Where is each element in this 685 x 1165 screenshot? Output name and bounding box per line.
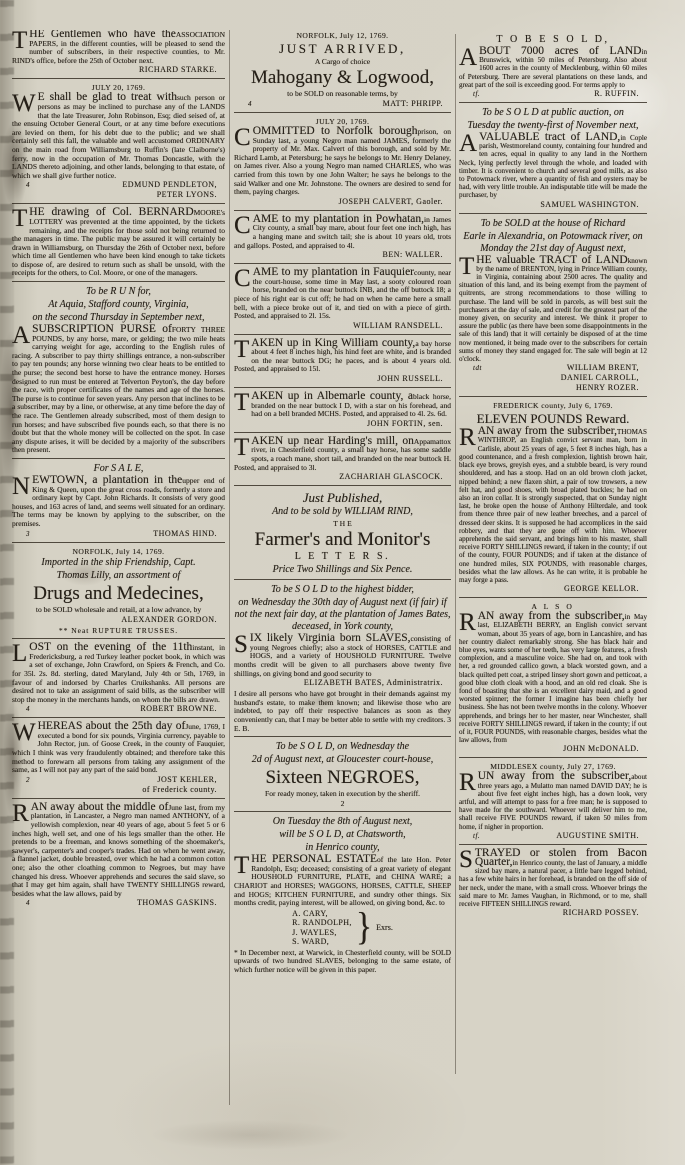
signature-text: EDMUND PENDLETON, bbox=[122, 180, 217, 189]
article-divider bbox=[12, 78, 225, 79]
article-dropcap: W bbox=[12, 93, 38, 113]
signature-text: AUGUSTINE SMITH. bbox=[556, 831, 639, 840]
article-divider bbox=[234, 736, 451, 737]
signature-text: DANIEL CARROLL, bbox=[561, 373, 639, 382]
article-headline: Farmer's and Monitor's bbox=[234, 529, 451, 550]
article-body: CAME to my plantation in Powhatan,in Jam… bbox=[234, 215, 451, 250]
article-dropcap: T bbox=[234, 437, 251, 457]
article-dateline: NORFOLK, July 14, 1769. bbox=[12, 547, 225, 556]
article-body: RAN away about the middle ofJune last, f… bbox=[12, 803, 225, 899]
article: To be S O L D at public auction, onTuesd… bbox=[459, 107, 647, 210]
article: On Tuesday the 8th of August next,will b… bbox=[234, 816, 451, 974]
article-text: June last, from my plantation, in Lancas… bbox=[12, 803, 225, 898]
article-dropcap: N bbox=[12, 476, 32, 496]
signature-line: tf.R. RUFFIN. bbox=[459, 89, 647, 99]
article-text: instant, in Fredericksburg, a red Turkey… bbox=[12, 643, 225, 704]
signature-line: GEORGE KELLOR. bbox=[459, 584, 647, 594]
article-divider bbox=[234, 210, 451, 211]
article-postscript: I desire all persons who have got brough… bbox=[234, 690, 451, 733]
article-headline: 2d of August next, at Gloucester court-h… bbox=[234, 754, 451, 766]
article-dropcap: R bbox=[459, 772, 478, 792]
article-headline: Mahogany & Logwood, bbox=[234, 67, 451, 88]
article-body: AVALUABLE tract of LAND,in Cople parish,… bbox=[459, 133, 647, 200]
signature-line: JOHN FORTIN, sen. bbox=[234, 419, 451, 429]
article-divider bbox=[12, 203, 225, 204]
article-dropcap: R bbox=[459, 612, 478, 632]
article-dropcap: T bbox=[234, 392, 251, 412]
article-divider bbox=[459, 844, 647, 845]
article-body: THE valuable TRACT of LANDknown by the n… bbox=[459, 256, 647, 364]
article-postscript: * In December next, at Warwick, in Chest… bbox=[234, 949, 451, 975]
signature-line: JOHN McDONALD. bbox=[459, 744, 647, 754]
article-body: TAKEN up near Harding's mill, onAppamatt… bbox=[234, 437, 451, 472]
signature-text: RICHARD POSSEY. bbox=[563, 908, 639, 917]
article: A L S ORAN away from the subscriber,in M… bbox=[459, 602, 647, 754]
executors-suffix: Exrs. bbox=[376, 923, 393, 932]
signature-line: BEN: WALLER. bbox=[234, 250, 451, 260]
article-dropcap: S bbox=[459, 849, 475, 869]
article-headline: Just Published, bbox=[234, 490, 451, 505]
article-body: COMMITTED to Norfolk boroughprison, on S… bbox=[234, 127, 451, 197]
signature-line: WILLIAM RANSDELL. bbox=[234, 321, 451, 331]
signature-line: ELIZABETH BATES, Administratrix. bbox=[234, 678, 451, 688]
article-text: upper end of King & Queen, upon the grea… bbox=[12, 476, 225, 528]
article-headline: At Aquia, Stafford county, Virginia, bbox=[12, 299, 225, 311]
signature-line: tf.AUGUSTINE SMITH. bbox=[459, 831, 647, 841]
signature-text: RICHARD STARKE. bbox=[139, 65, 217, 74]
article-text: about three years ago, a Mulatto man nam… bbox=[459, 773, 647, 830]
article-divider bbox=[234, 334, 451, 335]
article-lead: VALUABLE tract of LAND, bbox=[479, 131, 620, 143]
article-text: June, 1769, I executed a bond for six po… bbox=[12, 722, 225, 774]
signature-text: WILLIAM BRENT, bbox=[567, 363, 639, 372]
signature-text: MATT: PHRIPP. bbox=[383, 99, 443, 108]
article-text: county, near the court-house, some time … bbox=[234, 268, 451, 320]
article-headline: To be SOLD at the house of Richard bbox=[459, 218, 647, 230]
article: TAKEN up in Albemarle county, ablack hor… bbox=[234, 392, 451, 429]
article-headline: to be SOLD on reasonable terms, by bbox=[234, 89, 451, 98]
article-body: WHEREAS about the 25th day ofJune, 1769,… bbox=[12, 722, 225, 775]
article-body: CAME to my plantation in Fauquiercounty,… bbox=[234, 268, 451, 321]
article-dropcap: T bbox=[12, 30, 29, 50]
article-text: in Cople parish, Westmoreland county, co… bbox=[459, 134, 647, 199]
article-dropcap: C bbox=[234, 127, 253, 147]
article-headline: 2 bbox=[234, 799, 451, 808]
article: To be SOLD at the house of RichardEarle … bbox=[459, 218, 647, 394]
article: To be S O L D, on Wednesday the2d of Aug… bbox=[234, 741, 451, 808]
article: Just Published,And to be sold by WILLIAM… bbox=[234, 490, 451, 576]
signature-line: SAMUEL WASHINGTON. bbox=[459, 200, 647, 210]
article-text: of the late Hon. Peter Randolph, Esq; de… bbox=[234, 855, 451, 907]
article-lead: HE valuable TRACT of LAND bbox=[476, 254, 627, 266]
article-lead: AN away from the subscriber, bbox=[478, 425, 617, 437]
article-dropcap: W bbox=[12, 722, 38, 742]
printers-mark: 4 bbox=[12, 180, 30, 190]
article: STRAYED or stolen from Bacon Quarter,in … bbox=[459, 849, 647, 918]
signature-line: ALEXANDER GORDON. bbox=[12, 615, 225, 625]
signature-line: 4EDMUND PENDLETON, bbox=[12, 180, 225, 190]
article-headline: T H E bbox=[234, 519, 451, 528]
signature-line: PETER LYONS. bbox=[12, 190, 225, 200]
signature-text: ZACHARIAH GLASCOCK. bbox=[339, 472, 443, 481]
article: WHEREAS about the 25th day ofJune, 1769,… bbox=[12, 722, 225, 795]
column-3: T O B E S O L D,ABOUT 7000 acres of LAND… bbox=[459, 34, 647, 1119]
article-body: WE shall be glad to treat withsuch perso… bbox=[12, 93, 225, 180]
article-body: ABOUT 7000 acres of LANDin Brunswick, wi… bbox=[459, 47, 647, 89]
article-headline: On Tuesday the 8th of August next, bbox=[234, 816, 451, 828]
signature-line: tdtWILLIAM BRENT, bbox=[459, 363, 647, 373]
signature-text: PETER LYONS. bbox=[157, 190, 217, 199]
signature-text: GEORGE KELLOR. bbox=[564, 584, 639, 593]
article-body: THE drawing of Col. BERNARDMOORE's LOTTE… bbox=[12, 208, 225, 278]
newspaper-page: THE Gentlemen who have theASSOCIATION PA… bbox=[0, 0, 685, 1165]
article-divider bbox=[12, 638, 225, 639]
article-divider bbox=[459, 757, 647, 758]
article-headline: JUST ARRIVED, bbox=[234, 41, 451, 56]
article-divider bbox=[12, 542, 225, 543]
signature-text: SAMUEL WASHINGTON. bbox=[540, 200, 639, 209]
article-body: NEWTOWN, a plantation in theupper end of… bbox=[12, 476, 225, 529]
signature-line: 4MATT: PHRIPP. bbox=[234, 99, 451, 109]
signature-line: RICHARD STARKE. bbox=[12, 65, 225, 75]
article-body: RAN away from the subscriber,in May last… bbox=[459, 612, 647, 744]
article-text: prison, on Sunday last, a young Negro ma… bbox=[234, 127, 451, 196]
executor-name: J. WAYLES, bbox=[292, 928, 352, 938]
article: T O B E S O L D,ABOUT 7000 acres of LAND… bbox=[459, 34, 647, 99]
executor-names: A. CARY,R. RANDOLPH,J. WAYLES,S. WARD, bbox=[292, 909, 352, 947]
signature-line: 4ROBERT BROWNE. bbox=[12, 704, 225, 714]
article-divider bbox=[459, 102, 647, 103]
signature-text: JOST KEHLER, bbox=[157, 775, 217, 784]
article: CAME to my plantation in Powhatan,in Jam… bbox=[234, 215, 451, 260]
article-dropcap: A bbox=[459, 133, 479, 153]
article-dropcap: A bbox=[12, 325, 32, 345]
article-divider bbox=[12, 458, 225, 459]
signature-text: R. RUFFIN. bbox=[594, 89, 639, 98]
executors-group: A. CARY,R. RANDOLPH,J. WAYLES,S. WARD,}E… bbox=[234, 909, 451, 947]
printers-mark: 4 bbox=[12, 898, 30, 908]
article-divider bbox=[234, 811, 451, 812]
signature-text: ELIZABETH BATES, Administratrix. bbox=[304, 678, 443, 687]
brace-glyph: } bbox=[356, 906, 372, 950]
article-divider bbox=[234, 579, 451, 580]
article-text: FORTY THREE POUNDS, by any horse, mare, … bbox=[12, 325, 225, 454]
article-text: in May last, ELIZABETH BERRY, an English… bbox=[459, 613, 647, 744]
article-divider bbox=[12, 281, 225, 282]
column-2: NORFOLK, July 12, 1769.JUST ARRIVED,A Ca… bbox=[234, 30, 451, 1120]
article-divider bbox=[459, 597, 647, 598]
article: CAME to my plantation in Fauquiercounty,… bbox=[234, 268, 451, 331]
signature-text: THOMAS GASKINS. bbox=[137, 898, 217, 907]
signature-line: RICHARD POSSEY. bbox=[459, 908, 647, 918]
executor-name: S. WARD, bbox=[292, 937, 352, 947]
article-body: TAKEN up in King William county,a bay ho… bbox=[234, 339, 451, 374]
article-dropcap: L bbox=[12, 643, 29, 663]
article-divider bbox=[234, 387, 451, 388]
article: JULY 20, 1769.WE shall be glad to treat … bbox=[12, 83, 225, 200]
printers-mark: tf. bbox=[459, 89, 480, 99]
article-dropcap: T bbox=[459, 256, 476, 276]
column-divider bbox=[229, 30, 230, 1105]
column-1: THE Gentlemen who have theASSOCIATION PA… bbox=[12, 30, 225, 1120]
signature-line: JOHN RUSSELL. bbox=[234, 374, 451, 384]
article-headline: Thomas Lilly, an assortment of bbox=[12, 570, 225, 582]
printers-mark: 3 bbox=[12, 529, 30, 539]
article-dateline: NORFOLK, July 12, 1769. bbox=[234, 31, 451, 40]
article-headline: And to be sold by WILLIAM RIND, bbox=[234, 506, 451, 518]
signature-text: WILLIAM RANSDELL. bbox=[353, 321, 443, 330]
signature-line: 2JOST KEHLER, bbox=[12, 775, 225, 785]
signature-text: JOHN FORTIN, sen. bbox=[367, 419, 443, 428]
article: LOST on the evening of the 11thinstant, … bbox=[12, 643, 225, 714]
signature-line: HENRY ROZER. bbox=[459, 383, 647, 393]
article: For S A L E,NEWTOWN, a plantation in the… bbox=[12, 463, 225, 539]
article-body: RUN away from the subscriber,about three… bbox=[459, 772, 647, 830]
article-body: TAKEN up in Albemarle county, ablack hor… bbox=[234, 392, 451, 419]
article-headline: To be R U N for, bbox=[12, 286, 225, 298]
article-dropcap: C bbox=[234, 268, 253, 288]
article-lead: AN away from the subscriber, bbox=[478, 610, 625, 622]
article-headline: on Wednesday the 30th day of August next… bbox=[234, 597, 451, 633]
signature-text: ALEXANDER GORDON. bbox=[121, 615, 217, 624]
article-text: known by the name of BRENTON, lying in P… bbox=[459, 257, 647, 363]
article-text: such person or persons as may be incline… bbox=[12, 93, 225, 179]
article-dropcap: R bbox=[459, 427, 478, 447]
article-headline: L E T T E R S. bbox=[234, 551, 451, 563]
signature-text: JOSEPH CALVERT, Gaoler. bbox=[339, 197, 443, 206]
article-divider bbox=[12, 717, 225, 718]
article: THE Gentlemen who have theASSOCIATION PA… bbox=[12, 30, 225, 75]
article-body: THE Gentlemen who have theASSOCIATION PA… bbox=[12, 30, 225, 65]
article-body: THE PERSONAL ESTATEof the late Hon. Pete… bbox=[234, 855, 451, 908]
article-text: MOORE's LOTTERY was prevented at the tim… bbox=[12, 208, 225, 277]
executor-name: A. CARY, bbox=[292, 909, 352, 919]
signature-text: BEN: WALLER. bbox=[382, 250, 443, 259]
article: JULY 20, 1769.COMMITTED to Norfolk borou… bbox=[234, 117, 451, 207]
signature-text: JOHN McDONALD. bbox=[563, 744, 639, 753]
signature-line: 3THOMAS HIND. bbox=[12, 529, 225, 539]
article-divider bbox=[234, 263, 451, 264]
article-dropcap: S bbox=[234, 634, 250, 654]
article-divider bbox=[12, 798, 225, 799]
article-dropcap: T bbox=[234, 855, 251, 875]
article-headline: For ready money, taken in execution by t… bbox=[234, 789, 451, 798]
article: THE drawing of Col. BERNARDMOORE's LOTTE… bbox=[12, 208, 225, 278]
article-body: ASUBSCRIPTION PURSE ofFORTY THREE POUNDS… bbox=[12, 325, 225, 455]
article-headline: To be S O L D to the highest bidder, bbox=[234, 584, 451, 596]
article-text: in Henrico county, the last of January, … bbox=[459, 859, 647, 908]
article-headline: Earle in Alexandria, on Potowmack river,… bbox=[459, 231, 647, 255]
article-divider bbox=[234, 485, 451, 486]
signature-text: HENRY ROZER. bbox=[576, 383, 639, 392]
article-headline: Imported in the ship Friendship, Capt. bbox=[12, 557, 225, 569]
column-divider bbox=[455, 34, 456, 1074]
article-dateline: FREDERICK county, July 6, 1769. bbox=[459, 401, 647, 410]
signature-line: ZACHARIAH GLASCOCK. bbox=[234, 472, 451, 482]
article-divider bbox=[459, 213, 647, 214]
printers-mark: 4 bbox=[234, 99, 252, 109]
article-body: STRAYED or stolen from Bacon Quarter,in … bbox=[459, 849, 647, 908]
signature-line: DANIEL CARROLL, bbox=[459, 373, 647, 383]
article: TAKEN up in King William county,a bay ho… bbox=[234, 339, 451, 384]
article-text: THOMAS WINTHROP, an English convict serv… bbox=[459, 428, 647, 584]
article: To be S O L D to the highest bidder,on W… bbox=[234, 584, 451, 733]
article-lead: UN away from the subscriber, bbox=[478, 770, 632, 782]
executor-name: R. RANDOLPH, bbox=[292, 918, 352, 928]
printers-mark: tdt bbox=[459, 363, 482, 373]
article-lead: BOUT 7000 acres of LAND bbox=[479, 45, 641, 57]
article: FREDERICK county, July 6, 1769.ELEVEN PO… bbox=[459, 401, 647, 594]
printers-mark: 4 bbox=[12, 704, 30, 714]
article-dropcap: T bbox=[12, 208, 29, 228]
article: NORFOLK, July 12, 1769.JUST ARRIVED,A Ca… bbox=[234, 31, 451, 109]
article-headline: Price Two Shillings and Six Pence. bbox=[234, 564, 451, 576]
article-dropcap: A bbox=[459, 47, 479, 67]
article-headline: will be S O L D, at Chatsworth, bbox=[234, 829, 451, 841]
signature-text: of Frederick county. bbox=[142, 785, 217, 794]
article-divider bbox=[234, 432, 451, 433]
article-dropcap: T bbox=[234, 339, 251, 359]
article-postscript: ** Neat RUPTURE TRUSSES. bbox=[12, 627, 225, 636]
article: RAN away about the middle ofJune last, f… bbox=[12, 803, 225, 909]
article-body: RAN away from the subscriber,THOMAS WINT… bbox=[459, 427, 647, 584]
article-divider bbox=[459, 396, 647, 397]
article-headline: Drugs and Medecines, bbox=[12, 583, 225, 604]
paper-stain bbox=[150, 1120, 350, 1150]
signature-text: ROBERT BROWNE. bbox=[140, 704, 217, 713]
article-dropcap: R bbox=[12, 803, 31, 823]
article-headline: A Cargo of choice bbox=[234, 57, 451, 66]
signature-text: THOMAS HIND. bbox=[153, 529, 217, 538]
article-headline: To be S O L D, on Wednesday the bbox=[234, 741, 451, 753]
printers-mark: 2 bbox=[12, 775, 30, 785]
article-divider bbox=[234, 112, 451, 113]
article: NORFOLK, July 14, 1769.Imported in the s… bbox=[12, 547, 225, 636]
printers-mark: tf. bbox=[459, 831, 480, 841]
article-headline: to be SOLD wholesale and retail, at a lo… bbox=[12, 605, 225, 614]
article-dropcap: C bbox=[234, 215, 253, 235]
article: To be R U N for,At Aquia, Stafford count… bbox=[12, 286, 225, 455]
signature-line: 4THOMAS GASKINS. bbox=[12, 898, 225, 908]
article-body: SIX likely Virginia born SLAVES,consisti… bbox=[234, 634, 451, 678]
article-headline: Sixteen NEGROES, bbox=[234, 767, 451, 788]
article-headline: To be S O L D at public auction, on bbox=[459, 107, 647, 119]
article-body: LOST on the evening of the 11thinstant, … bbox=[12, 643, 225, 704]
signature-line: of Frederick county. bbox=[12, 785, 225, 795]
signature-line: JOSEPH CALVERT, Gaoler. bbox=[234, 197, 451, 207]
article: MIDDLESEX county, July 27, 1769.RUN away… bbox=[459, 762, 647, 840]
signature-text: JOHN RUSSELL. bbox=[377, 374, 443, 383]
article: TAKEN up near Harding's mill, onAppamatt… bbox=[234, 437, 451, 482]
